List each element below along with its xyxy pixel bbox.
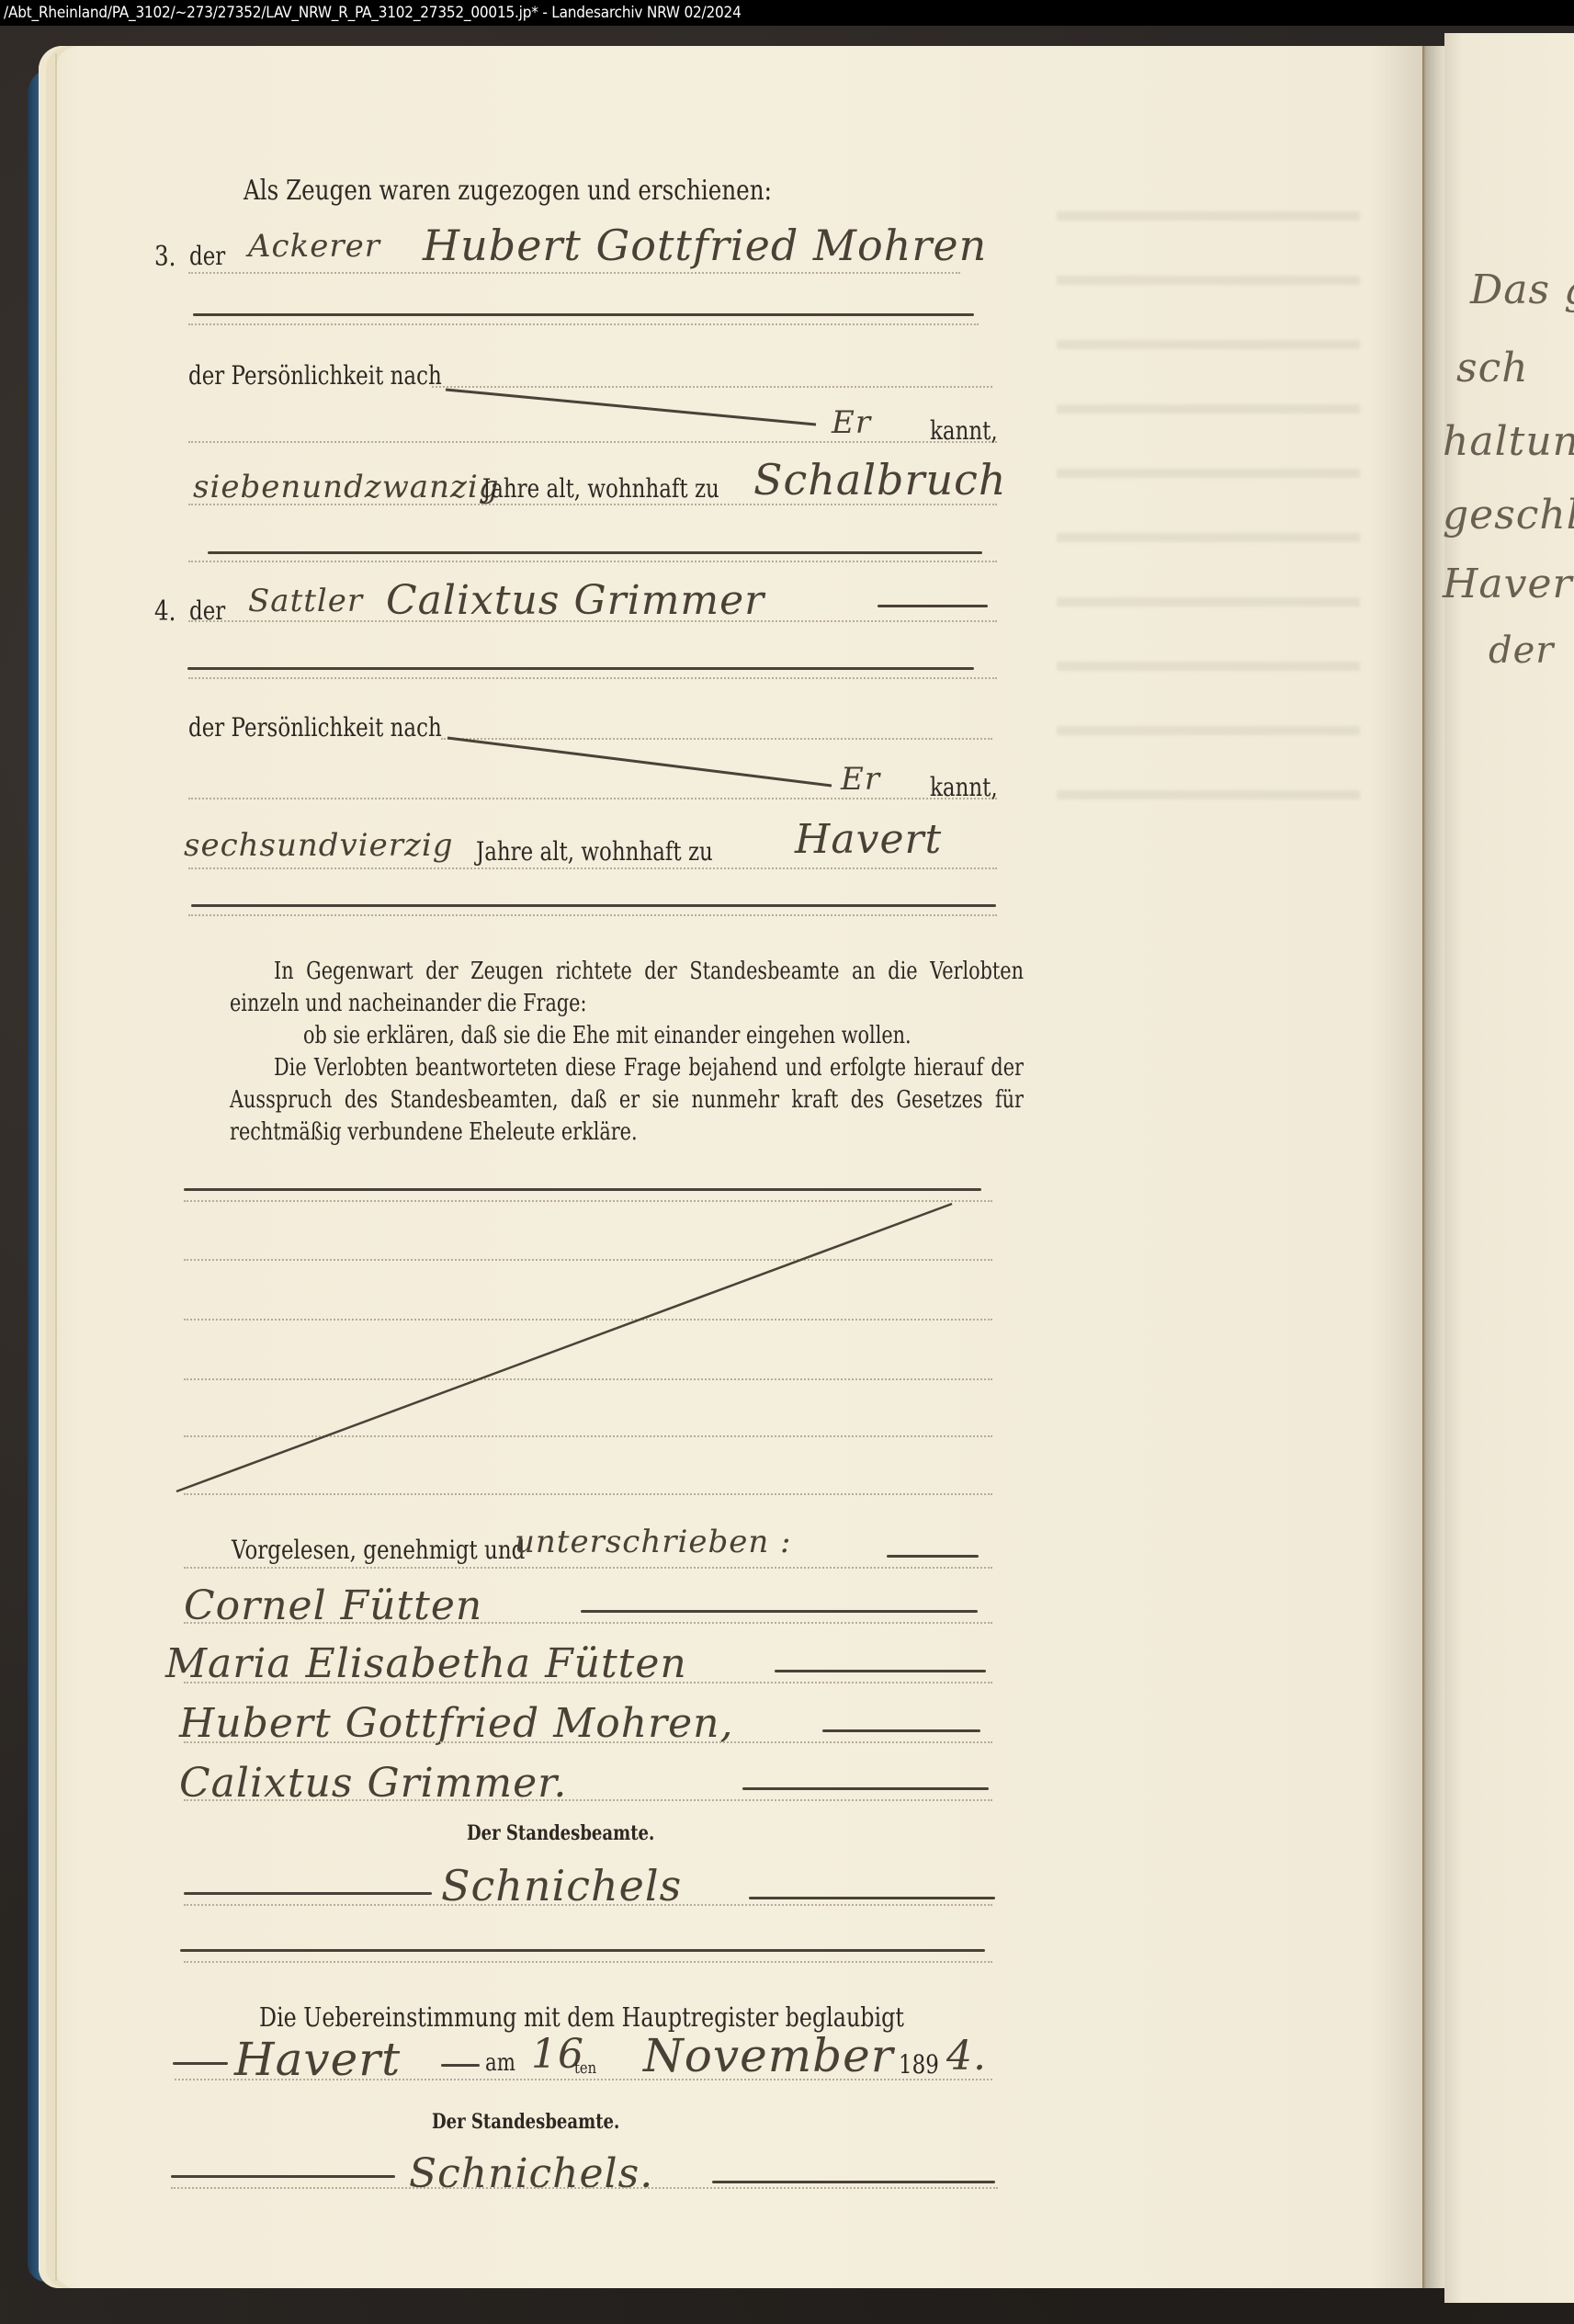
dotted-guide bbox=[188, 504, 997, 505]
dotted-guide bbox=[171, 2187, 998, 2189]
dotted-guide bbox=[188, 620, 997, 622]
witnesses-heading: Als Zeugen waren zugezogen und erschiene… bbox=[243, 175, 772, 207]
age-label: Jahre alt, wohnhaft zu bbox=[476, 836, 713, 867]
facing-page-fragment: haltun bbox=[1443, 418, 1574, 465]
fill-line bbox=[171, 2175, 395, 2178]
read-approved-label: Vorgelesen, genehmigt und bbox=[232, 1535, 525, 1565]
declaration-paragraph: In Gegenwart der Zeugen richtete der Sta… bbox=[230, 956, 1024, 1149]
registrar-signature: Schnichels bbox=[441, 1861, 682, 1910]
witness-occupation: Sattler bbox=[248, 583, 363, 619]
witness-occupation: Ackerer bbox=[248, 228, 380, 265]
facing-page-fragment: geschlos bbox=[1443, 492, 1574, 538]
dotted-guide bbox=[184, 1904, 992, 1906]
signature-witness-3: Hubert Gottfried Mohren, bbox=[179, 1700, 733, 1747]
facing-page-fragment: Das g bbox=[1470, 266, 1574, 313]
dotted-guide bbox=[184, 1319, 992, 1321]
certification-label: Die Uebereinstimmung mit dem Hauptregist… bbox=[259, 2001, 904, 2033]
fill-line bbox=[822, 1729, 980, 1732]
fill-line bbox=[775, 1670, 986, 1672]
read-approved-hand: unterschrieben : bbox=[515, 1524, 792, 1560]
age-hand: sechsundvierzig bbox=[184, 827, 454, 864]
dotted-guide bbox=[184, 1259, 992, 1261]
identity-label: der Persönlichkeit nach bbox=[188, 712, 442, 743]
dotted-guide bbox=[175, 2079, 992, 2080]
dotted-guide bbox=[441, 738, 992, 740]
fill-line bbox=[887, 1555, 979, 1558]
age-label: Jahre alt, wohnhaft zu bbox=[482, 473, 719, 504]
dotted-guide bbox=[184, 1493, 992, 1495]
age-hand: siebenundzwanzig bbox=[193, 469, 500, 505]
declaration-pronouncement: Die Verlobten beantworteten diese Frage … bbox=[230, 1052, 1024, 1149]
fill-line bbox=[749, 1897, 995, 1899]
dotted-guide bbox=[184, 1378, 992, 1380]
witness-prefix: der bbox=[189, 241, 225, 271]
dotted-guide bbox=[184, 1961, 992, 1963]
dotted-guide bbox=[184, 1567, 992, 1569]
facing-page-fragment: Haver bbox=[1443, 561, 1573, 607]
declaration-question: ob sie erklären, daß sie die Ehe mit ein… bbox=[230, 1020, 1024, 1052]
dotted-guide bbox=[188, 561, 997, 562]
fill-line bbox=[173, 2062, 228, 2065]
certification-year-hand: 4. bbox=[946, 2033, 987, 2080]
fill-line bbox=[712, 2181, 995, 2183]
certification-year-printed: 189 bbox=[899, 2049, 939, 2080]
dotted-guide bbox=[188, 867, 997, 869]
dotted-guide bbox=[184, 1741, 992, 1743]
window-title-bar: /Abt_Rheinland/PA_3102/~273/27352/LAV_NR… bbox=[0, 0, 1574, 26]
certification-month: November bbox=[643, 2029, 894, 2082]
dotted-guide bbox=[188, 441, 997, 443]
fill-line bbox=[180, 1949, 985, 1952]
section-rule bbox=[184, 1188, 981, 1191]
known-label: kannt, bbox=[930, 772, 998, 802]
known-label: kannt, bbox=[930, 415, 998, 446]
declaration-question-intro: In Gegenwart der Zeugen richtete der Sta… bbox=[230, 956, 1024, 1020]
dotted-guide bbox=[188, 677, 997, 679]
dotted-guide bbox=[432, 386, 992, 388]
fill-line bbox=[742, 1787, 989, 1790]
witness-number: 3. bbox=[154, 241, 176, 273]
residence: Schalbruch bbox=[753, 455, 1007, 504]
dotted-guide bbox=[188, 914, 997, 916]
book-spine bbox=[1422, 46, 1444, 2288]
witness-name: Hubert Gottfried Mohren bbox=[423, 221, 987, 270]
witness-name: Calixtus Grimmer bbox=[386, 577, 764, 624]
fill-line bbox=[184, 1892, 432, 1895]
window-title: /Abt_Rheinland/PA_3102/~273/27352/LAV_NR… bbox=[4, 4, 742, 22]
dotted-guide bbox=[188, 323, 979, 325]
facing-page-fragment: der bbox=[1489, 629, 1554, 672]
dotted-guide bbox=[184, 1622, 992, 1624]
identity-label: der Persönlichkeit nach bbox=[188, 360, 442, 391]
fill-line bbox=[191, 904, 996, 907]
fill-line bbox=[208, 551, 982, 554]
witness-number: 4. bbox=[154, 595, 176, 628]
fill-line bbox=[441, 2064, 480, 2067]
bleed-through-text bbox=[1057, 165, 1360, 809]
dotted-guide bbox=[184, 1435, 992, 1437]
known-hand: Er bbox=[832, 404, 871, 441]
dotted-guide bbox=[184, 1799, 992, 1801]
fill-line bbox=[581, 1610, 978, 1613]
certification-registrar-signature: Schnichels. bbox=[409, 2150, 653, 2197]
fill-line bbox=[878, 605, 988, 607]
dotted-guide bbox=[188, 272, 960, 274]
dotted-guide bbox=[188, 798, 997, 799]
fill-line bbox=[187, 667, 974, 670]
certification-am: am bbox=[485, 2049, 515, 2077]
residence: Havert bbox=[795, 816, 942, 863]
known-hand: Er bbox=[841, 761, 880, 798]
certification-registrar-label: Der Standesbeamte. bbox=[432, 2110, 619, 2134]
signature-bride: Maria Elisabetha Fütten bbox=[165, 1640, 687, 1687]
dotted-guide bbox=[184, 1682, 992, 1683]
dotted-guide bbox=[184, 1200, 992, 1202]
registrar-label: Der Standesbeamte. bbox=[467, 1821, 654, 1845]
facing-page-fragment: sch bbox=[1456, 345, 1529, 391]
fill-line bbox=[193, 313, 974, 316]
certification-day-suffix: ten bbox=[574, 2058, 596, 2078]
